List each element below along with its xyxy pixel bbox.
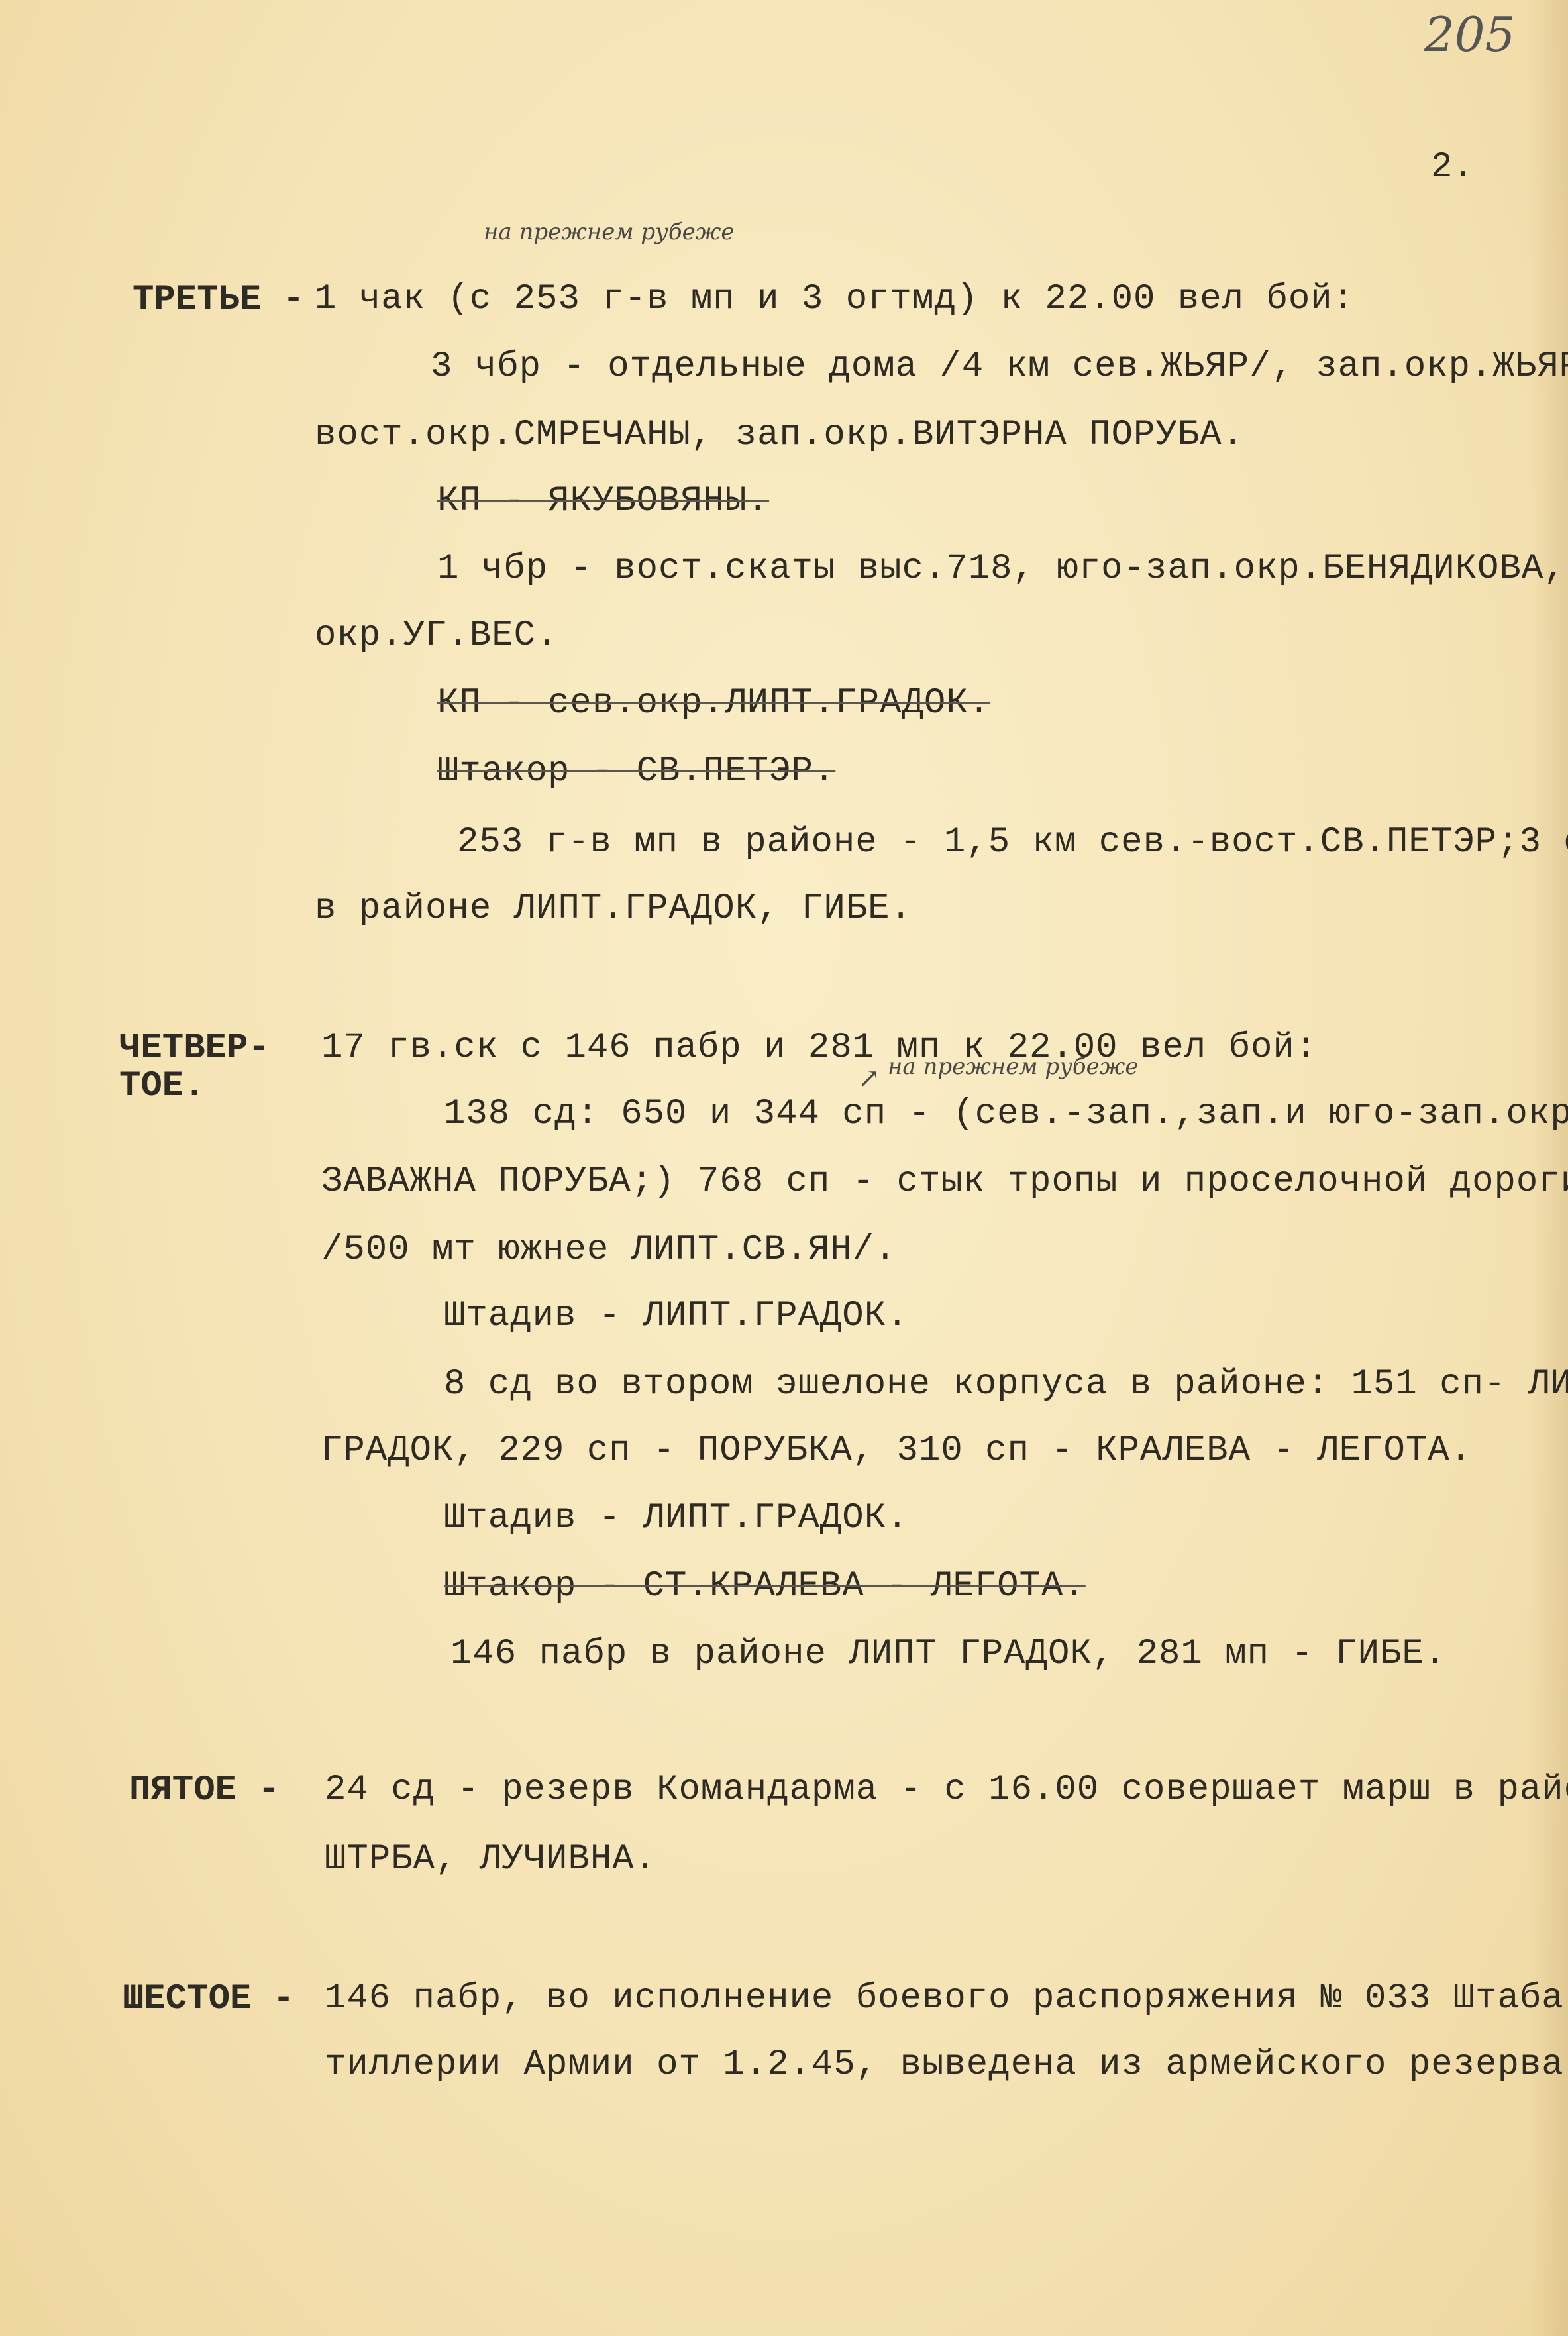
text-line: 8 сд во втором эшелоне корпуса в районе:… (444, 1367, 1568, 1403)
text-line: 146 пабр, во исполнение боевого распоряж… (325, 1981, 1568, 2017)
text-line: Штадив - ЛИПТ.ГРАДОК. (444, 1299, 909, 1334)
section-label-fifth: ПЯТОЕ - (129, 1772, 280, 1810)
section-label-third: ТРЕТЬЕ - (132, 282, 304, 319)
text-line: в районе ЛИПТ.ГРАДОК, ГИБЕ. (315, 891, 912, 927)
section-label-fourth-line2: ТОЕ. (119, 1068, 270, 1106)
text-line: 1 чак (с 253 г-в мп и 3 огтмд) к 22.00 в… (315, 282, 1355, 317)
section-label-sixth: ШЕСТОЕ - (123, 1981, 294, 2019)
text-line: ШТРБА, ЛУЧИВНА. (325, 1842, 656, 1878)
struck-text-line: КП - сев.окр.ЛИПТ.ГРАДОК. (437, 686, 990, 721)
handwritten-insert-note: на прежнем рубеже (484, 219, 735, 245)
text-line: 146 пабр в районе ЛИПТ ГРАДОК, 281 мп - … (450, 1636, 1446, 1672)
text-line: 1 чбр - вост.скаты выс.718, юго-зап.окр.… (437, 551, 1568, 587)
text-line: ГРАДОК, 229 сп - ПОРУБКА, 310 сп - КРАЛЕ… (321, 1433, 1472, 1469)
folio-number: 205 (1424, 7, 1515, 62)
text-line: 24 сд - резерв Командарма - с 16.00 сове… (325, 1772, 1568, 1808)
text-line: 253 г-в мп в районе - 1,5 км сев.-вост.С… (457, 825, 1568, 861)
struck-text-line: Штакор - СВ.ПЕТЭР. (437, 754, 835, 790)
text-line: 3 чбр - отдельные дома /4 км сев.ЖЬЯР/, … (431, 349, 1568, 385)
text-line: окр.УГ.ВЕС. (315, 618, 558, 654)
text-line: тиллерии Армии от 1.2.45, выведена из ар… (325, 2047, 1568, 2083)
text-line: 138 сд: 650 и 344 сп - (сев.-зап.,зап.и … (444, 1096, 1568, 1132)
handwritten-insert-note: на прежнем рубеже (888, 1053, 1139, 1080)
struck-text-line: КП - ЯКУБОВЯНЫ. (437, 484, 769, 519)
page-number: 2. (1431, 147, 1474, 187)
section-label-fourth: ЧЕТВЕР- ТОЕ. (119, 1030, 270, 1105)
text-line: вост.окр.СМРЕЧАНЫ, зап.окр.ВИТЭРНА ПОРУБ… (315, 417, 1244, 453)
text-line: Штадив - ЛИПТ.ГРАДОК. (444, 1501, 909, 1536)
text-line: ЗАВАЖНА ПОРУБА;) 768 сп - стык тропы и п… (321, 1164, 1568, 1200)
text-line: /500 мт южнее ЛИПТ.СВ.ЯН/. (321, 1232, 897, 1268)
struck-text-line: Штакор - СТ.КРАЛЕВА - ЛЕГОТА. (444, 1569, 1086, 1605)
section-label-fourth-line1: ЧЕТВЕР- (119, 1030, 270, 1068)
text-line: 17 гв.ск с 146 пабр и 281 мп к 22.00 вел… (321, 1030, 1317, 1066)
insert-arrow-icon: ↗ (858, 1063, 880, 1094)
